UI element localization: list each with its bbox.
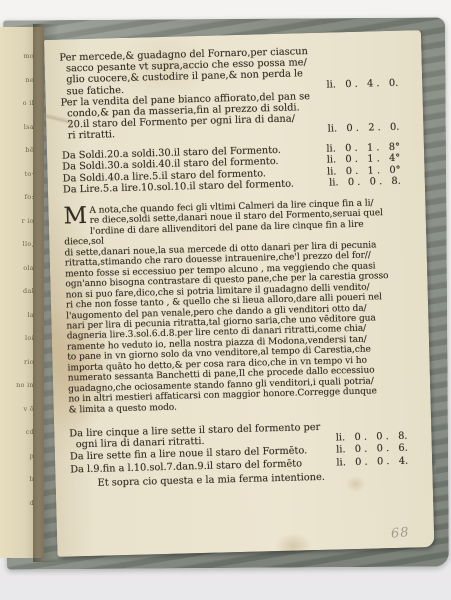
facing-page-text-fragments: mo ne o il lsa bē to· fo: r io llo, ola … — [16, 45, 34, 515]
book-photo: mo ne o il lsa bē to· fo: r io llo, ola … — [0, 0, 451, 600]
rate-value: li. 0 . 0 . 8. — [336, 431, 408, 444]
rate-table-upper: Da Soldi.20.a soldi.30.il staro del Form… — [62, 141, 403, 196]
price-value: li. 0 . 2 . 0. — [328, 122, 400, 135]
intro-item: Per la vendita del pane bianco affiorato… — [61, 88, 402, 142]
rate-value: li. 0 . 0 . 6. — [336, 443, 410, 457]
folio-number-pencil: 68 — [391, 525, 411, 542]
drop-cap-initial: M — [63, 207, 87, 228]
main-paragraph-text: A nota,che quando feci gli vltimi Calmer… — [64, 198, 388, 415]
page: Per mercede,& guadagno del Fornaro,per c… — [44, 30, 434, 557]
rate-table-lower: Da lire cinque a lire sette il staro del… — [69, 420, 410, 490]
rate-value: li. 0 . 0 . 8. — [329, 176, 403, 190]
main-paragraph: M A nota,che quando feci gli vltimi Calm… — [63, 198, 408, 416]
text-column: Per mercede,& guadagno del Fornaro,per c… — [59, 44, 410, 490]
rate-value: li. 0 . 0 . 4. — [336, 456, 410, 470]
